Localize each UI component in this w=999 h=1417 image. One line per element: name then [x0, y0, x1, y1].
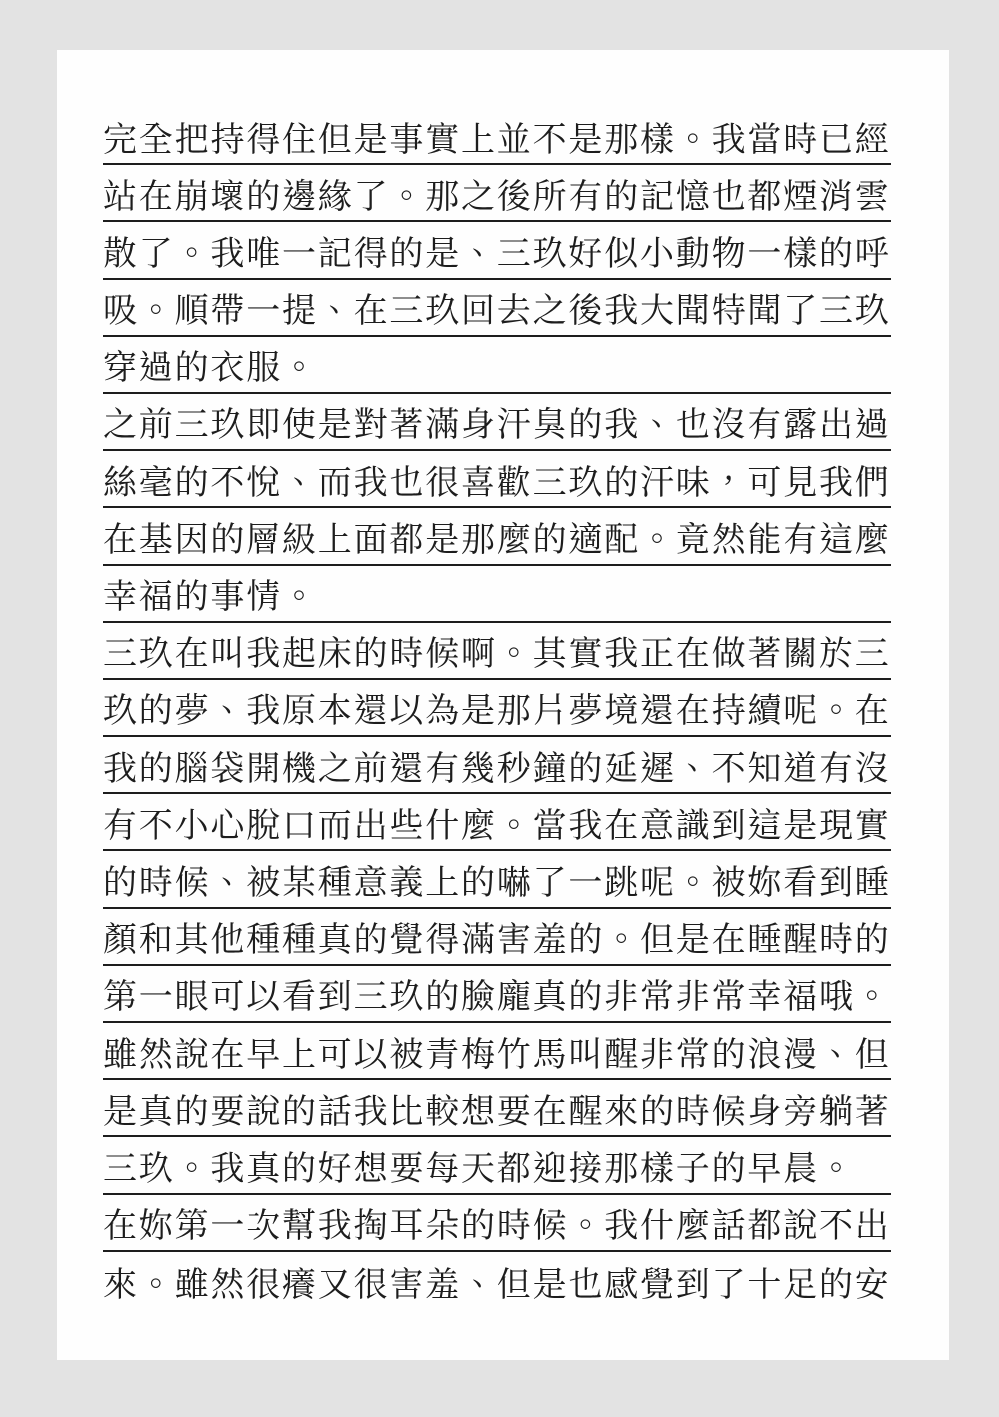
manuscript-line-text: 三玖在叫我起床的時候啊。其實我正在做著關於三: [103, 637, 891, 673]
manuscript-line: 吸。順帶一提、在三玖回去之後我大聞特聞了三玖: [103, 280, 891, 337]
manuscript-text-block: 完全把持得住但是事實上並不是那樣。我當時已經站在崩壞的邊緣了。那之後所有的記憶也…: [103, 108, 891, 1309]
manuscript-line: 來。雖然很癢又很害羞、但是也感覺到了十足的安: [103, 1252, 891, 1309]
manuscript-line-text: 吸。順帶一提、在三玖回去之後我大聞特聞了三玖: [103, 294, 891, 330]
manuscript-line-text: 顏和其他種種真的覺得滿害羞的。但是在睡醒時的: [103, 923, 891, 959]
manuscript-line-text: 是真的要說的話我比較想要在醒來的時候身旁躺著: [103, 1095, 891, 1131]
manuscript-line: 雖然說在早上可以被青梅竹馬叫醒非常的浪漫、但: [103, 1023, 891, 1080]
manuscript-line: 三玖。我真的好想要每天都迎接那樣子的早晨。: [103, 1137, 891, 1194]
manuscript-line-text: 幸福的事情。: [103, 580, 318, 616]
manuscript-line-text: 散了。我唯一記得的是、三玖好似小動物一樣的呼: [103, 237, 891, 273]
manuscript-line: 第一眼可以看到三玖的臉龐真的非常非常幸福哦。: [103, 966, 891, 1023]
manuscript-line-text: 在妳第一次幫我掏耳朵的時候。我什麼話都說不出: [103, 1209, 891, 1245]
manuscript-line-text: 雖然說在早上可以被青梅竹馬叫醒非常的浪漫、但: [103, 1038, 891, 1074]
manuscript-line: 之前三玖即使是對著滿身汗臭的我、也沒有露出過: [103, 394, 891, 451]
manuscript-line-text: 來。雖然很癢又很害羞、但是也感覺到了十足的安: [103, 1268, 891, 1304]
manuscript-line-text: 第一眼可以看到三玖的臉龐真的非常非常幸福哦。: [103, 980, 891, 1016]
manuscript-line: 我的腦袋開機之前還有幾秒鐘的延遲、不知道有沒: [103, 737, 891, 794]
manuscript-line-text: 我的腦袋開機之前還有幾秒鐘的延遲、不知道有沒: [103, 752, 891, 788]
manuscript-line: 穿過的衣服。: [103, 337, 891, 394]
manuscript-line: 顏和其他種種真的覺得滿害羞的。但是在睡醒時的: [103, 909, 891, 966]
manuscript-line: 散了。我唯一記得的是、三玖好似小動物一樣的呼: [103, 222, 891, 279]
manuscript-line: 是真的要說的話我比較想要在醒來的時候身旁躺著: [103, 1080, 891, 1137]
manuscript-line-text: 站在崩壞的邊緣了。那之後所有的記憶也都煙消雲: [103, 180, 891, 216]
manuscript-line: 在基因的層級上面都是那麼的適配。竟然能有這麼: [103, 508, 891, 565]
manuscript-line: 三玖在叫我起床的時候啊。其實我正在做著關於三: [103, 623, 891, 680]
manuscript-line: 玖的夢、我原本還以為是那片夢境還在持續呢。在: [103, 680, 891, 737]
manuscript-line-text: 穿過的衣服。: [103, 351, 318, 387]
manuscript-line-text: 絲毫的不悅、而我也很喜歡三玖的汗味，可見我們: [103, 466, 891, 502]
manuscript-line-text: 完全把持得住但是事實上並不是那樣。我當時已經: [103, 123, 891, 159]
manuscript-line-text: 三玖。我真的好想要每天都迎接那樣子的早晨。: [103, 1152, 855, 1188]
manuscript-line: 有不小心脫口而出些什麼。當我在意識到這是現實: [103, 794, 891, 851]
manuscript-page: 完全把持得住但是事實上並不是那樣。我當時已經站在崩壞的邊緣了。那之後所有的記憶也…: [57, 50, 949, 1360]
manuscript-line-text: 的時候、被某種意義上的嚇了一跳呢。被妳看到睡: [103, 866, 891, 902]
manuscript-line: 在妳第一次幫我掏耳朵的時候。我什麼話都說不出: [103, 1195, 891, 1252]
manuscript-line: 的時候、被某種意義上的嚇了一跳呢。被妳看到睡: [103, 851, 891, 908]
scan-background: { "page": { "kind": "handwritten-manuscr…: [0, 0, 999, 1417]
manuscript-line: 完全把持得住但是事實上並不是那樣。我當時已經: [103, 108, 891, 165]
manuscript-line-text: 有不小心脫口而出些什麼。當我在意識到這是現實: [103, 809, 891, 845]
manuscript-line-text: 在基因的層級上面都是那麼的適配。竟然能有這麼: [103, 523, 891, 559]
manuscript-line: 絲毫的不悅、而我也很喜歡三玖的汗味，可見我們: [103, 451, 891, 508]
manuscript-line: 幸福的事情。: [103, 566, 891, 623]
manuscript-line-text: 之前三玖即使是對著滿身汗臭的我、也沒有露出過: [103, 408, 891, 444]
manuscript-line-text: 玖的夢、我原本還以為是那片夢境還在持續呢。在: [103, 694, 891, 730]
manuscript-line: 站在崩壞的邊緣了。那之後所有的記憶也都煙消雲: [103, 165, 891, 222]
